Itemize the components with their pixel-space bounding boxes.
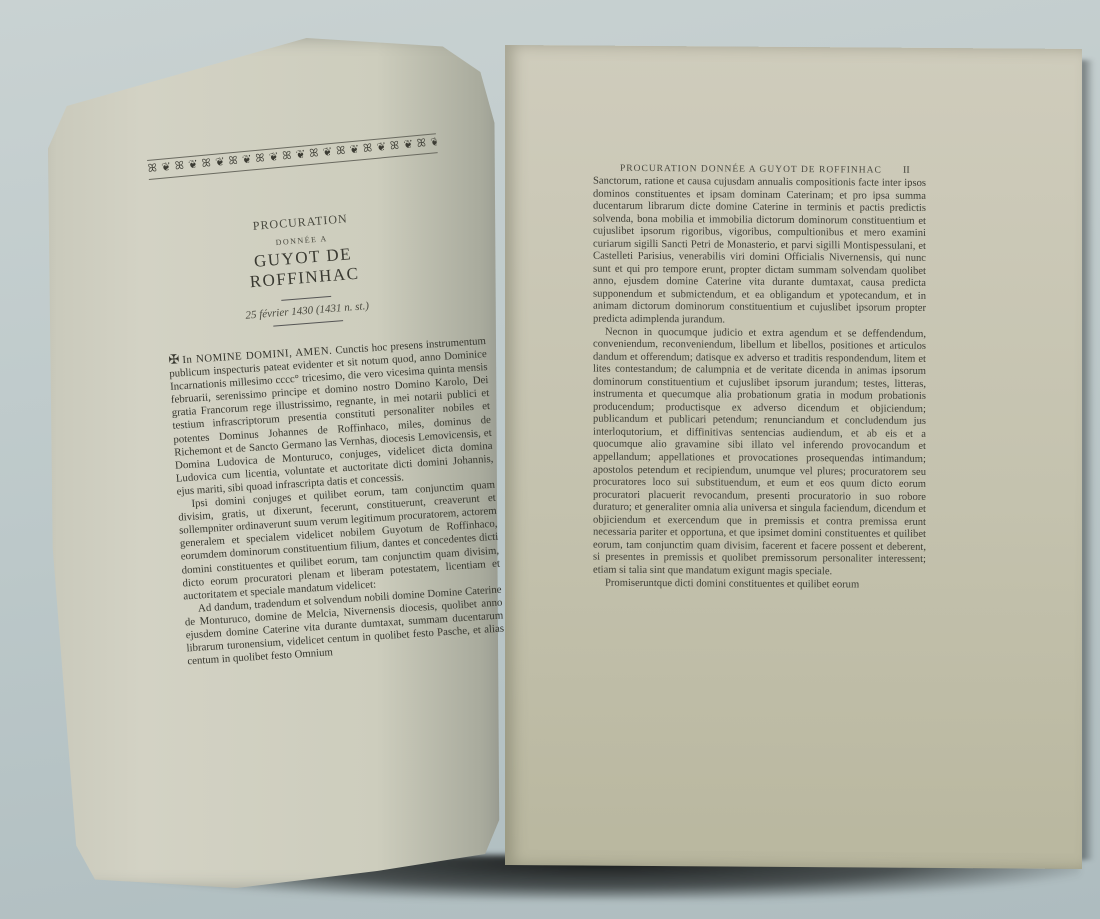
running-head: PROCURATION DONNÉE A GUYOT DE ROFFINHAC [620, 164, 920, 176]
paragraph: Sanctorum, ratione et causa cujusdam ann… [593, 176, 926, 329]
paragraph: Necnon in quocumque judicio et extra age… [593, 326, 926, 579]
paragraph: Promiseruntque dicti domini constituente… [593, 577, 926, 592]
paragraph: Ipsi domini conjuges et quilibet eorum, … [177, 479, 501, 604]
right-page-body: Sanctorum, ratione et causa cujusdam ann… [593, 176, 926, 592]
left-page-body: ✠In NOMINE DOMINI, AMEN. Cunctis hoc pre… [168, 333, 505, 669]
cross-icon: ✠ [168, 351, 180, 367]
chapter-heading: PROCURATION DONNÉE A GUYOT DE ROFFINHAC … [200, 207, 408, 331]
right-page: PROCURATION DONNÉE A GUYOT DE ROFFINHAC … [505, 45, 1082, 869]
divider [281, 296, 331, 301]
page-number: II [903, 165, 910, 176]
book-edge-shadow [1080, 60, 1094, 860]
